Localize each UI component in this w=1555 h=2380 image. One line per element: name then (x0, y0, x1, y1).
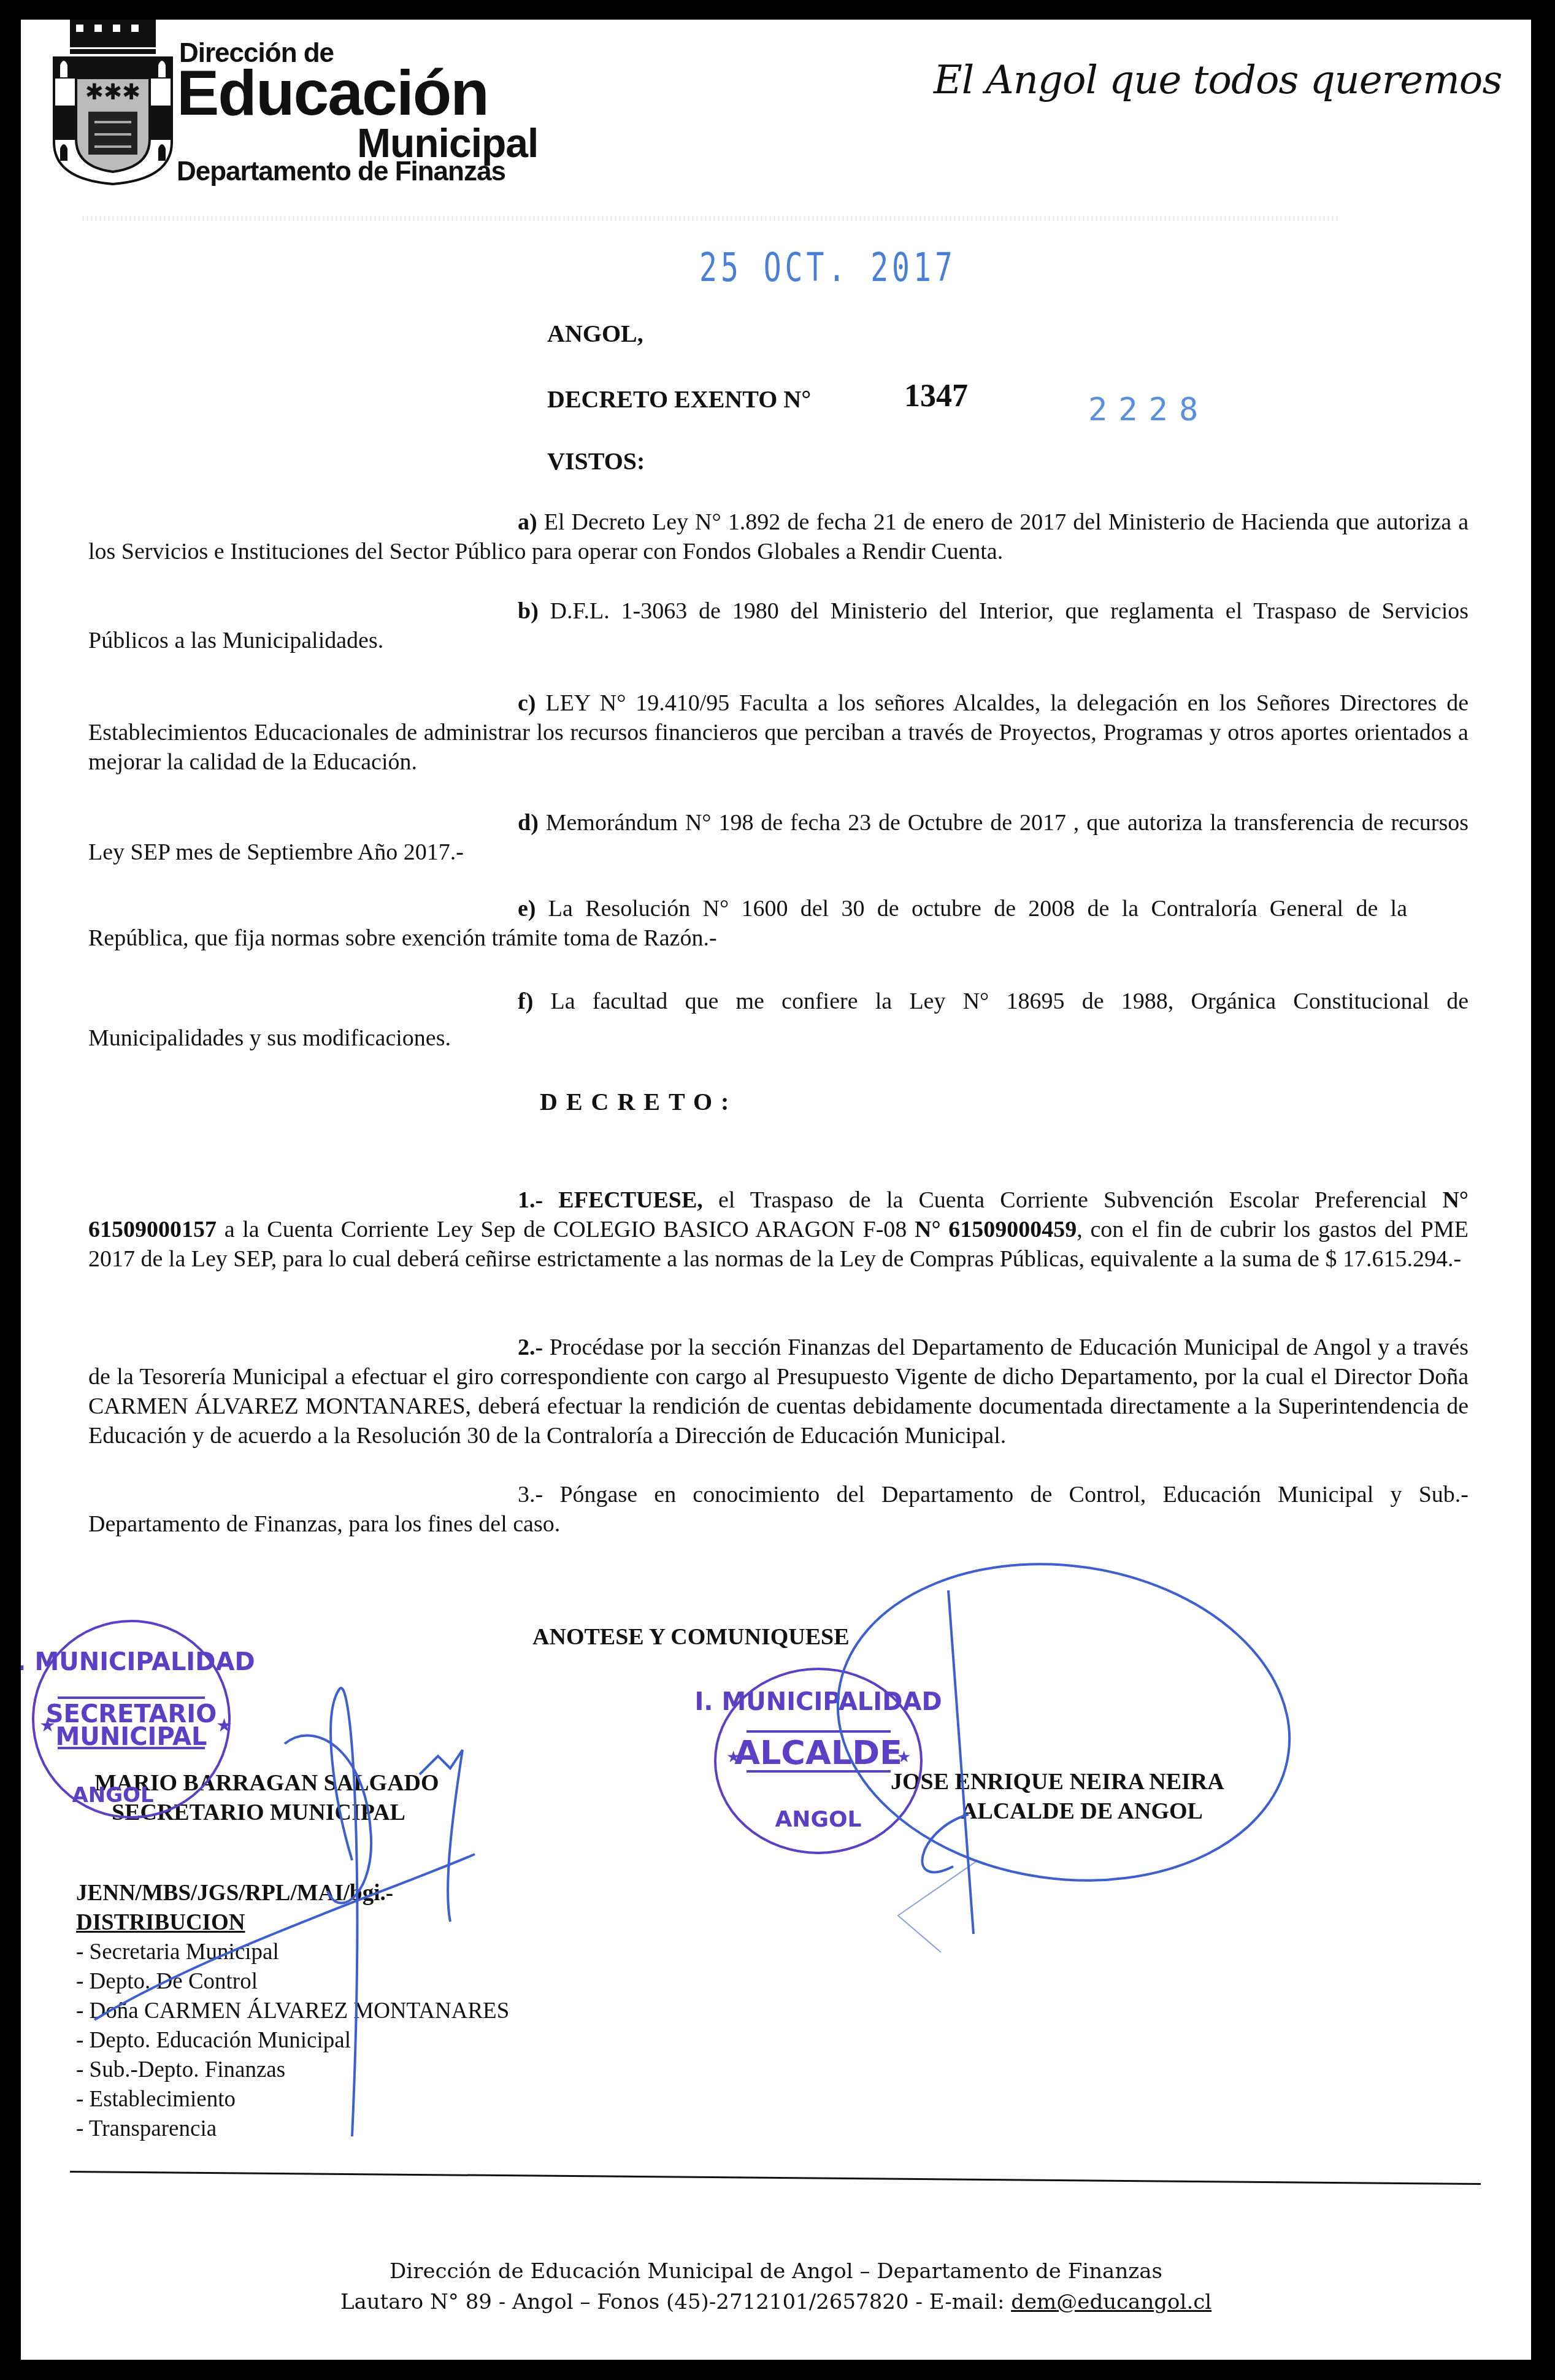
closing-formula: ANOTESE Y COMUNIQUESE (532, 1622, 850, 1652)
distribution-label: DISTRIBUCION (76, 1908, 509, 1938)
distribution-block: JENN/MBS/JGS/RPL/MAI/bgi.- DISTRIBUCION … (76, 1879, 509, 2144)
footer-line-2: Lautaro N° 89 - Angol – Fonos (45)-27121… (21, 2290, 1531, 2314)
document-page: ✱✱✱ Dirección de Educación Municipal Dep… (21, 20, 1531, 2360)
mayor-signature-block: JOSE ENRIQUE NEIRA NEIRA ALCALDE DE ANGO… (891, 1767, 1224, 1826)
header-department: Departamento de Finanzas (177, 158, 505, 185)
article-1: 1.- EFECTUESE, el Traspaso de la Cuenta … (88, 1185, 1469, 1274)
vistos-label: VISTOS: (547, 447, 645, 476)
visto-c: c) LEY N° 19.410/95 Faculta a los señore… (88, 688, 1469, 777)
secretary-seal-text2: MUNICIPAL (56, 1723, 207, 1751)
mayor-name: JOSE ENRIQUE NEIRA NEIRA (891, 1767, 1224, 1797)
decree-label: DECRETO EXENTO N° (547, 385, 811, 414)
secretary-seal-text1: SECRETARIO (46, 1700, 217, 1728)
date-stamp: 25 OCT. 2017 (699, 245, 956, 291)
svg-text:✱✱✱: ✱✱✱ (85, 80, 141, 104)
distribution-item: - Depto. Educación Municipal (76, 2026, 509, 2055)
decreto-heading: DECRETO: (540, 1087, 737, 1116)
visto-b: b) D.F.L. 1-3063 de 1980 del Ministerio … (88, 596, 1469, 655)
mayor-signature (817, 1536, 1310, 1952)
distribution-item: - Doña CARMEN ÁLVAREZ MONTANARES (76, 1997, 509, 2026)
secretary-signature-block: MARIO BARRAGAN SALGADO SECRETARIO MUNICI… (94, 1768, 439, 1827)
place-label: ANGOL, (547, 319, 643, 348)
registry-number-stamp: 2228 (1088, 391, 1209, 428)
secretary-name: MARIO BARRAGAN SALGADO (94, 1768, 439, 1798)
distribution-item: - Secretaria Municipal (76, 1938, 509, 1967)
footer-line-1: Dirección de Educación Municipal de Ango… (21, 2259, 1531, 2284)
visto-f: f) La facultad que me confiere la Ley N°… (88, 983, 1469, 1057)
visto-a: a) El Decreto Ley N° 1.892 de fecha 21 d… (88, 507, 1469, 566)
footer-divider (70, 2171, 1481, 2185)
decree-number: 1347 (904, 378, 968, 414)
header-divider (82, 216, 1340, 221)
visto-d: d) Memorándum N° 198 de fecha 23 de Octu… (88, 808, 1469, 867)
mayor-title: ALCALDE DE ANGOL (891, 1797, 1224, 1826)
distribution-item: - Establecimiento (76, 2085, 509, 2114)
distribution-item: - Sub.-Depto. Finanzas (76, 2055, 509, 2085)
svg-text:★: ★ (39, 1715, 56, 1736)
coat-of-arms-icon: ✱✱✱ (52, 20, 174, 187)
svg-text:★: ★ (216, 1715, 232, 1736)
distribution-item: - Depto. De Control (76, 1967, 509, 1997)
mayor-seal-bottom: ANGOL (775, 1807, 861, 1832)
svg-text:★: ★ (726, 1748, 740, 1766)
visto-e: e) La Resolución N° 1600 del 30 de octub… (88, 894, 1407, 953)
distribution-item: - Transparencia (76, 2114, 509, 2144)
article-3: 3.- Póngase en conocimiento del Departam… (88, 1480, 1469, 1539)
secretary-seal-top: I. MUNICIPALIDAD (21, 1648, 255, 1676)
secretary-title: SECRETARIO MUNICIPAL (94, 1798, 439, 1827)
svg-text:★: ★ (897, 1748, 911, 1766)
mayor-seal-text: ALCALDE (734, 1733, 902, 1772)
article-2: 2.- Procédase por la sección Finanzas de… (88, 1333, 1469, 1450)
initials: JENN/MBS/JGS/RPL/MAI/bgi.- (76, 1879, 509, 1908)
motto: El Angol que todos queremos (934, 58, 1502, 103)
mayor-seal-top: I. MUNICIPALIDAD (694, 1688, 942, 1716)
email-link[interactable]: dem@educangol.cl (1011, 2290, 1211, 2314)
header-title: Educación (177, 61, 488, 125)
